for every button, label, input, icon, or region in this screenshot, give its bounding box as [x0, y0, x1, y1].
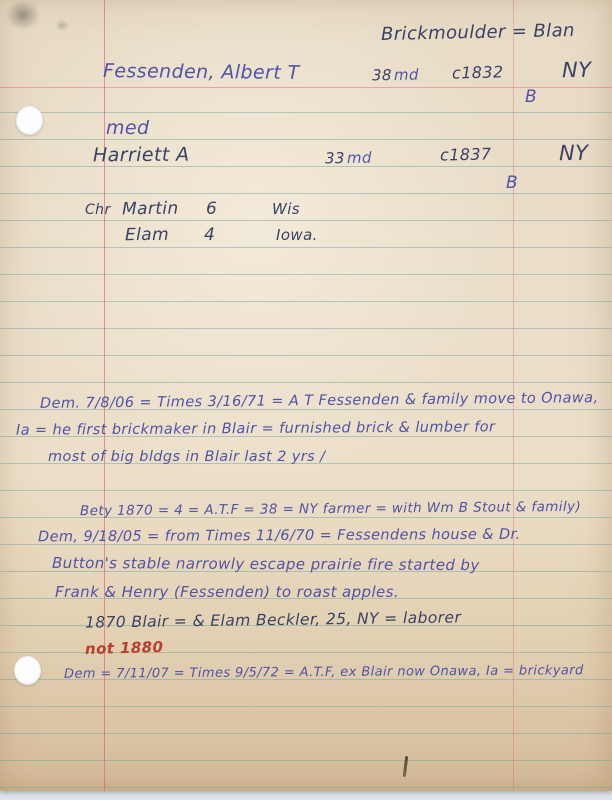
head-marital-status: md [394, 66, 419, 84]
corner-smudge [6, 0, 40, 30]
punch-hole-top [16, 106, 43, 135]
spouse-age: 33 [325, 149, 345, 167]
child-1-birthplace: Wis [272, 200, 300, 218]
red-annotation-not-1880: not 1880 [85, 638, 164, 658]
head-name: Fessenden, Albert T [103, 60, 300, 84]
note-line-6: Button's stable narrowly escape prairie … [52, 554, 480, 574]
header-rule-line [0, 87, 612, 88]
child-1-name: Martin [122, 199, 179, 220]
punch-hole-bottom [14, 656, 41, 685]
note-line-3: most of big bldgs in Blair last 2 yrs / [48, 449, 325, 465]
head-birthplace: NY [562, 58, 592, 83]
corner-smudge-small [55, 20, 69, 31]
child-1-age: 6 [206, 199, 217, 219]
spouse-marital-status: md [347, 149, 372, 167]
spouse-birthplace: NY [559, 141, 589, 166]
note-line-7: Frank & Henry (Fessenden) to roast apple… [55, 583, 399, 601]
head-age-marital: 38md [372, 66, 419, 85]
spouse-age-marital: 33md [325, 149, 372, 168]
head-annotation-b: B [525, 87, 537, 107]
scanned-notebook-page: { "card": { "occupation_line": "Brickmou… [0, 0, 612, 800]
spouse-name: Harriett A [93, 144, 190, 167]
spouse-birth-year: c1837 [440, 144, 492, 164]
head-age: 38 [372, 66, 392, 84]
married-label: med [106, 117, 149, 139]
occupation-note: Brickmoulder = Blan [381, 20, 575, 45]
note-line-2: Ia = he first brickmaker in Blair = furn… [16, 419, 495, 438]
children-label: Chr [85, 202, 111, 218]
spouse-annotation-b: B [506, 173, 518, 193]
child-2-age: 4 [204, 225, 215, 245]
head-birth-year: c1832 [452, 62, 504, 82]
note-line-5: Dem, 9/18/05 = from Times 11/6/70 = Fess… [38, 527, 521, 546]
child-2-name: Elam [125, 225, 169, 245]
child-2-birthplace: Iowa. [276, 226, 318, 244]
